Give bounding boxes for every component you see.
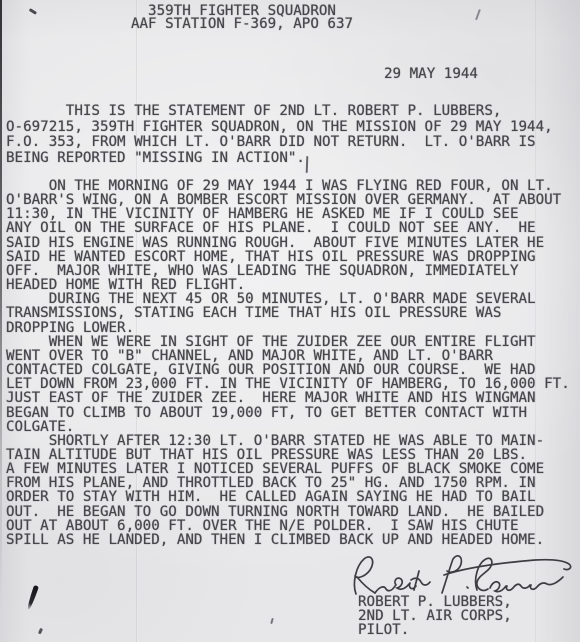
scan-edge-shadow: [0, 0, 2, 642]
letterhead-station: AAF STATION F-369, APO 637: [131, 16, 353, 32]
statement-intro-paragraph: THIS IS THE STATEMENT OF 2ND LT. ROBERT …: [6, 104, 553, 167]
stray-vertical-mark: [306, 156, 309, 173]
scanned-statement-page: 359TH FIGHTER SQUADRON AAF STATION F-369…: [0, 0, 580, 642]
letterhead: 359TH FIGHTER SQUADRON AAF STATION F-369…: [0, 5, 484, 31]
signature-text: Robert P. Lubbers: [347, 598, 348, 599]
handwritten-signature: Robert P. Lubbers: [347, 552, 577, 598]
signature-ink-strokes: [347, 552, 577, 598]
typed-signature-block: ROBERT P. LUBBERS, 2ND LT. AIR CORPS, PI…: [358, 596, 512, 637]
statement-body-paragraphs: ON THE MORNING OF 29 MAY 1944 I WAS FLYI…: [6, 179, 570, 547]
date-line: 29 MAY 1944: [384, 67, 478, 81]
ink-speck-mark: [38, 628, 43, 634]
pen-slash-mark: [26, 585, 38, 610]
ink-speck-mark: [270, 618, 274, 624]
